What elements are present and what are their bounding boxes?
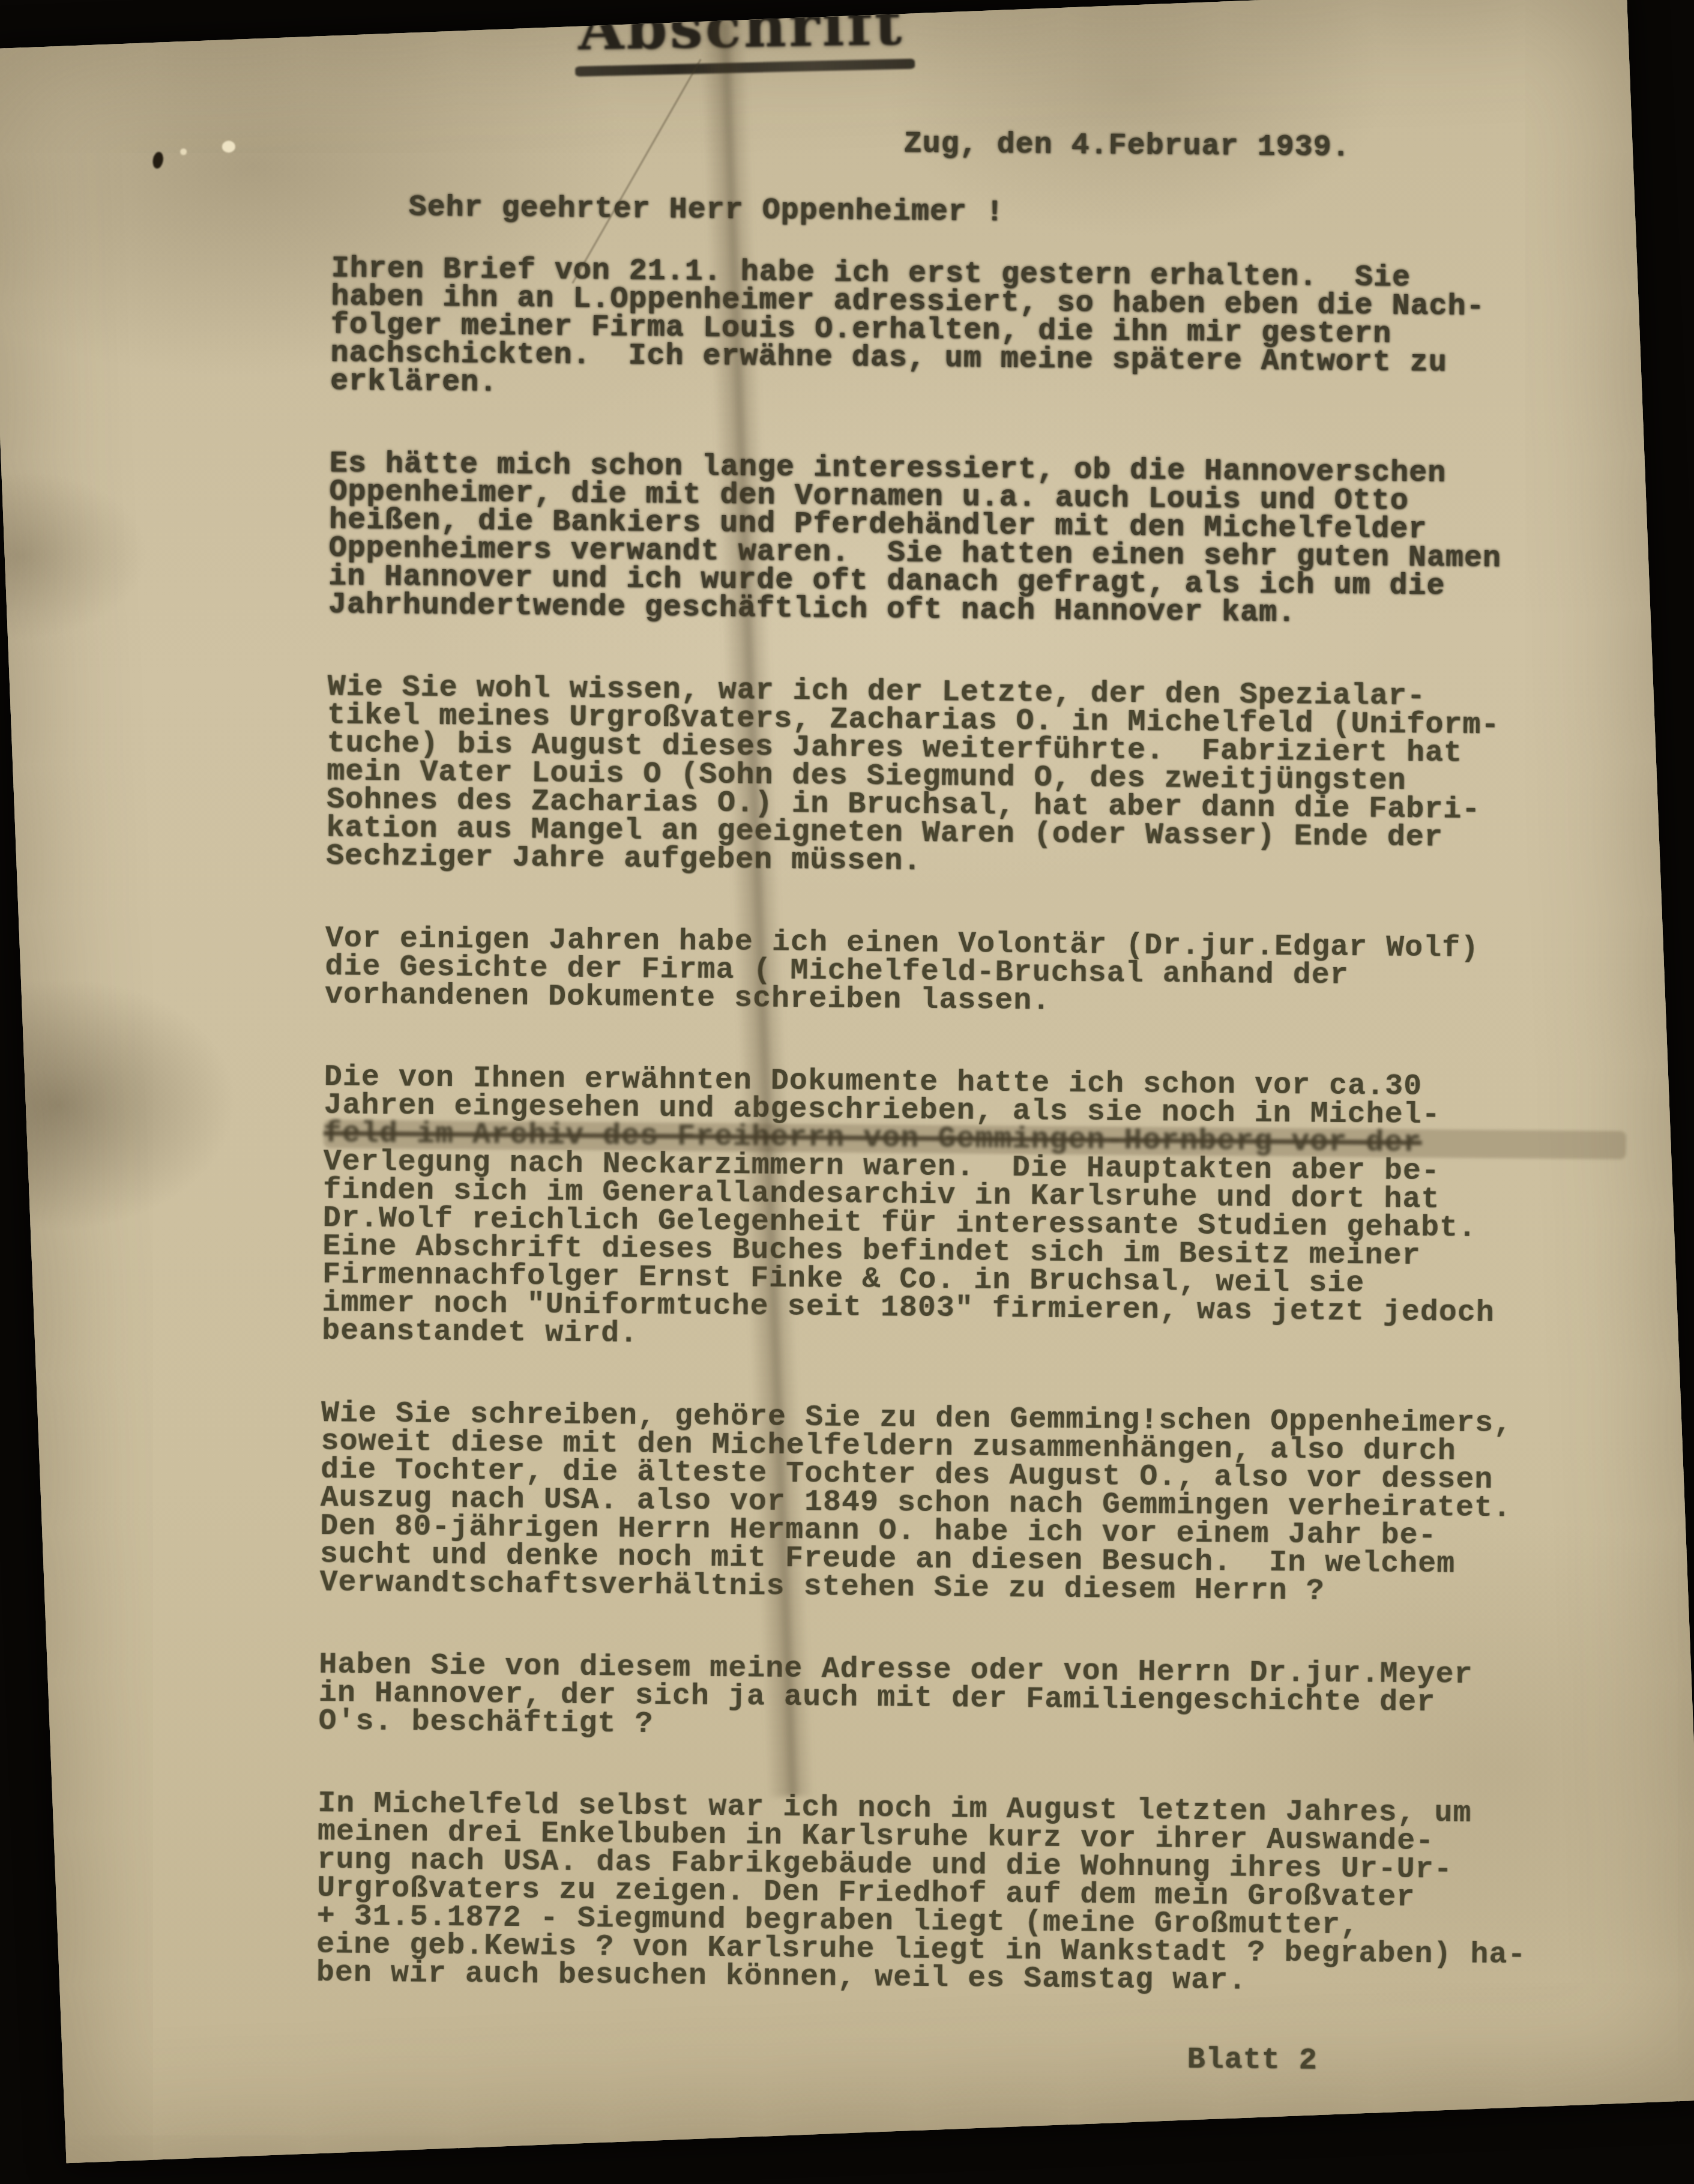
paragraph: Haben Sie von diesem meine Adresse oder …	[318, 1651, 1621, 1747]
paragraph: Die von Ihnen erwähnten Dokumente hatte …	[322, 1063, 1627, 1357]
paragraph: Es hätte mich schon lange interessiert, …	[328, 450, 1632, 630]
letter-paper: Abschrift Zug, den 4.Februar 1939. Sehr …	[0, 0, 1694, 2163]
paragraph: Ihren Brief von 21.1. habe ich erst gest…	[330, 255, 1634, 407]
salutation: Sehr geehrter Herr Oppenheimer !	[408, 193, 1634, 232]
paragraph: Wie Sie schreiben, gehöre Sie zu den Gem…	[319, 1399, 1624, 1608]
abschrift-stamp: Abschrift	[577, 0, 915, 76]
paragraph: Vor einigen Jahren habe ich einen Volont…	[325, 925, 1628, 1021]
page-number: Blatt 2	[1187, 2046, 1618, 2078]
paragraph: In Michelfeld selbst war ich noch im Aug…	[316, 1790, 1621, 1998]
letter-body: Ihren Brief von 21.1. habe ich erst gest…	[316, 255, 1634, 1998]
date-line: Zug, den 4.Februar 1939.	[903, 130, 1635, 165]
scanned-letter-page: Abschrift Zug, den 4.Februar 1939. Sehr …	[0, 0, 1694, 2184]
letter-content: Zug, den 4.Februar 1939. Sehr geehrter H…	[0, 32, 1636, 2162]
paragraph: Wie Sie wohl wissen, war ich der Letzte,…	[326, 673, 1630, 882]
abschrift-stamp-text: Abschrift	[577, 0, 905, 64]
